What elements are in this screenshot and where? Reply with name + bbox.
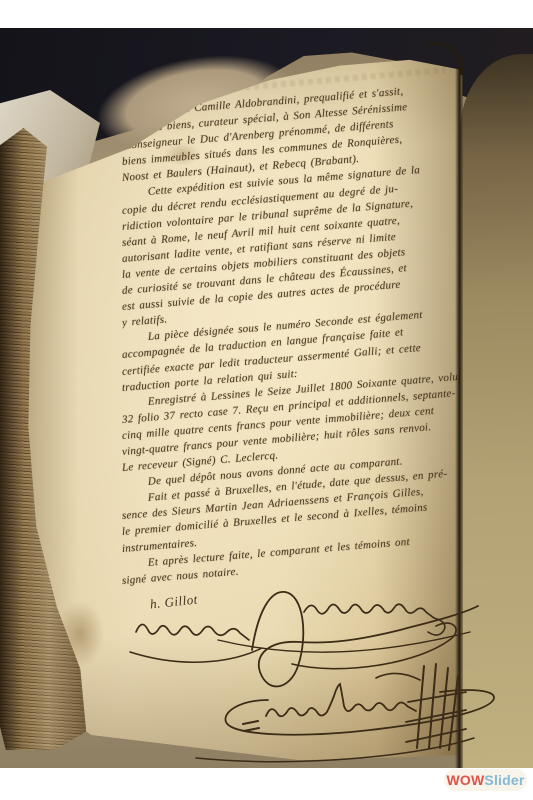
book-photo: le Prince Don Camille Aldobrandini, preq… [0,28,533,768]
facing-page [460,54,533,768]
wowslider-watermark[interactable]: WOWSlider [444,769,527,791]
watermark-slider-text: Slider [484,772,524,788]
manuscript-text: le Prince Don Camille Aldobrandini, preq… [122,106,466,589]
book-gutter [455,68,463,768]
watermark-wow-text: WOW [446,772,484,788]
